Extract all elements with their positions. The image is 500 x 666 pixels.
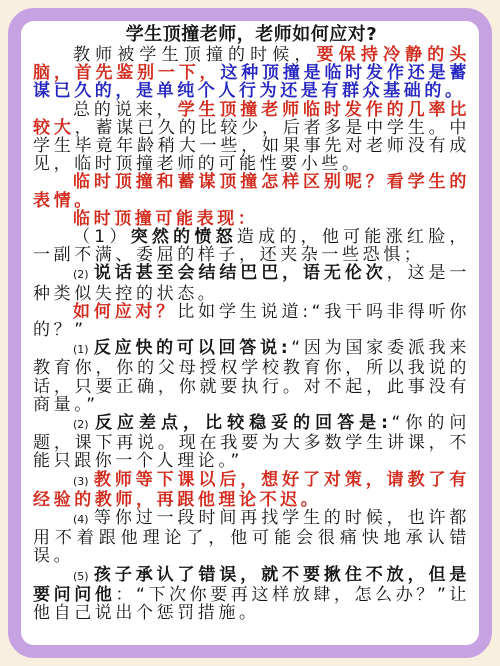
text-run: 总的说来， xyxy=(73,100,178,120)
text-run: 说话甚至会结结巴巴，语无伦次 xyxy=(94,263,387,283)
text-run: 教师等下课以后，想好了对策，请教了有经验的教师，再跟他理论不迟。 xyxy=(33,470,470,510)
list-number: (2) xyxy=(73,418,89,431)
paragraph: 总的说来，学生顶撞老师临时发作的几率比较大，蓄谋已久的比较少，后者多是中学生。中… xyxy=(33,101,470,174)
article-content: 学生顶撞老师，老师如何应对? 教师被学生顶撞的时候，要保持冷静的头脑，首先鉴别一… xyxy=(21,21,479,622)
text-run: 临时顶撞和蓄谋顶撞怎样区别呢？看学生的表情。 xyxy=(33,172,470,210)
paragraph: 如何应对？比如学生说道:“我干吗非得听你的？” xyxy=(33,303,470,339)
list-number: (5) xyxy=(73,570,89,583)
list-number: (4) xyxy=(73,513,89,526)
text-run: （1） xyxy=(73,227,131,247)
text-run: 临时顶撞可能表现： xyxy=(73,209,258,229)
paragraph: (4)等你过一段时间再找学生的时候，也许都用不着跟他理论了，他可能会很痛快地承认… xyxy=(33,509,470,566)
paragraph: (2)说话甚至会结结巴巴，语无伦次，这是一种类似失控的状态。 xyxy=(33,264,470,302)
page-background: { "colors": { "page_bg": "#f8efde", "fra… xyxy=(0,0,500,666)
paragraph: 教师被学生顶撞的时候，要保持冷静的头脑，首先鉴别一下，这种顶撞是临时发作还是蓄谋… xyxy=(33,46,470,101)
list-number: (1) xyxy=(73,343,89,356)
paragraph: (1)反应快的可以回答说:“因为国家委派我来教育你，你的父母授权学校教育你，所以… xyxy=(33,339,470,414)
list-number: (3) xyxy=(73,475,89,488)
paragraph: 临时顶撞和蓄谋顶撞怎样区别呢？看学生的表情。 xyxy=(33,173,470,209)
text-run: 教师被学生顶撞的时候， xyxy=(73,45,317,65)
article-title: 学生顶撞老师，老师如何应对? xyxy=(33,24,470,45)
text-run: ，蓄谋已久的比较少，后者多是中学生。中学生毕竟年龄稍大一些，如果事先对老师没有成… xyxy=(33,118,470,174)
paragraph: （1）突然的愤怒造成的，他可能涨红脸，一副不满、委屈的样子，还夹杂一些恐惧； xyxy=(33,228,470,264)
text-run: 反应快的可以回答说: xyxy=(94,338,292,358)
paragraph: (3)教师等下课以后，想好了对策，请教了有经验的教师，再跟他理论不迟。 xyxy=(33,471,470,509)
article-body: 教师被学生顶撞的时候，要保持冷静的头脑，首先鉴别一下，这种顶撞是临时发作还是蓄谋… xyxy=(33,46,470,622)
paragraph: (5)孩子承认了错误，就不要揪住不放，但是要问问他：“下次你要再这样放肆，怎么办… xyxy=(33,566,470,623)
text-run: 等你过一段时间再找学生的时候，也许都用不着跟他理论了，他可能会很痛快地承认错误。 xyxy=(33,508,470,566)
paragraph: (2)反应差点，比较稳妥的回答是:“你的问题，课下再说。现在我要为大多数学生讲课… xyxy=(33,414,470,471)
text-run: 突然的愤怒 xyxy=(131,227,237,247)
paragraph: 临时顶撞可能表现： xyxy=(33,210,470,228)
text-run: 反应差点，比较稳妥的回答是: xyxy=(94,413,392,433)
article-card: 学生顶撞老师，老师如何应对? 教师被学生顶撞的时候，要保持冷静的头脑，首先鉴别一… xyxy=(8,8,492,658)
list-number: (2) xyxy=(73,268,89,281)
text-run: 如何应对？ xyxy=(73,302,177,322)
